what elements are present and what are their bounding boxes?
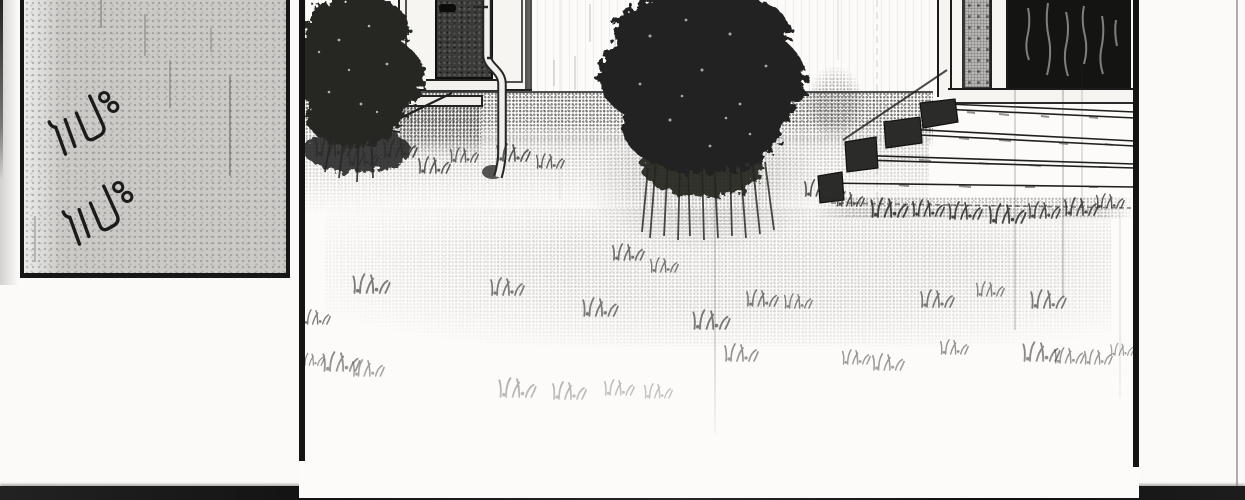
sfx-handwriting-svg	[24, 0, 286, 270]
page-right-edge-line	[1236, 0, 1238, 487]
yard-panel	[299, 0, 1139, 500]
page: { "sfx_panel": { "first": "แปะ", "second…	[0, 0, 1245, 500]
sfx-strokes-2	[60, 176, 140, 245]
sfx-panel: แปะ แปะ	[20, 0, 290, 278]
lawn-fade	[299, 352, 1139, 498]
page-left-edge	[0, 0, 3, 180]
panel-border-right	[1133, 0, 1139, 467]
sfx-strokes-1	[46, 86, 126, 155]
steps-base-grass	[813, 197, 1135, 219]
panel-border-left	[299, 0, 305, 461]
